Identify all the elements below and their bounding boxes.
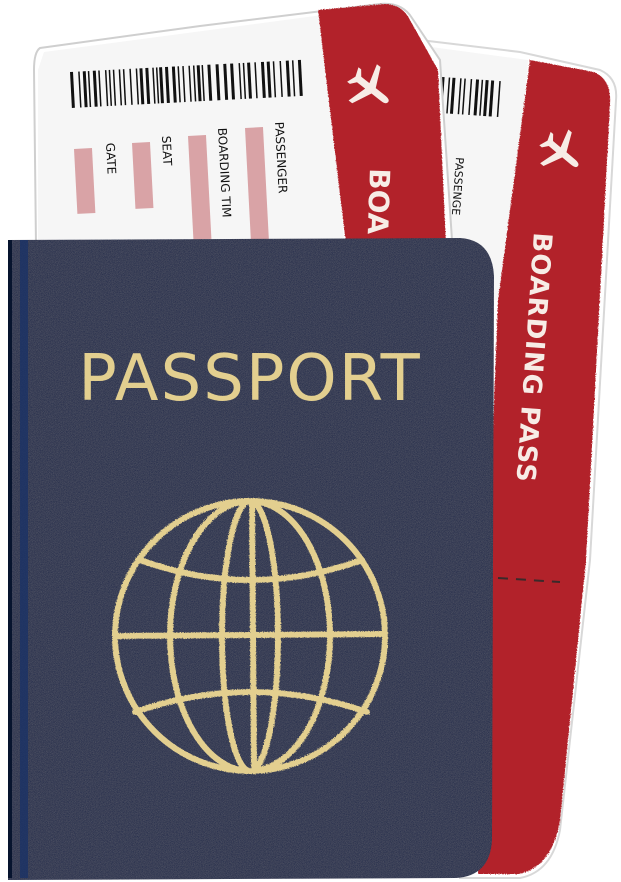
field-placeholder — [132, 142, 153, 209]
stub-title-boarding: BOA — [361, 168, 396, 236]
field-label-seat: SEAT — [159, 135, 175, 166]
field-placeholder — [74, 148, 95, 214]
passport-and-boarding-passes-illustration: PASSENGE BOARDING PASS PASSENGER BOARDIN… — [0, 0, 621, 882]
passport-spine — [20, 240, 28, 878]
boarding-pass-back: PASSENGER BOARDING TIM SEAT GATE BOA — [34, 4, 452, 246]
passport-title: PASSPORT — [78, 342, 421, 416]
field-label-gate: GATE — [103, 142, 119, 174]
passport: PASSPORT — [8, 238, 494, 880]
passport-edge — [8, 240, 12, 878]
